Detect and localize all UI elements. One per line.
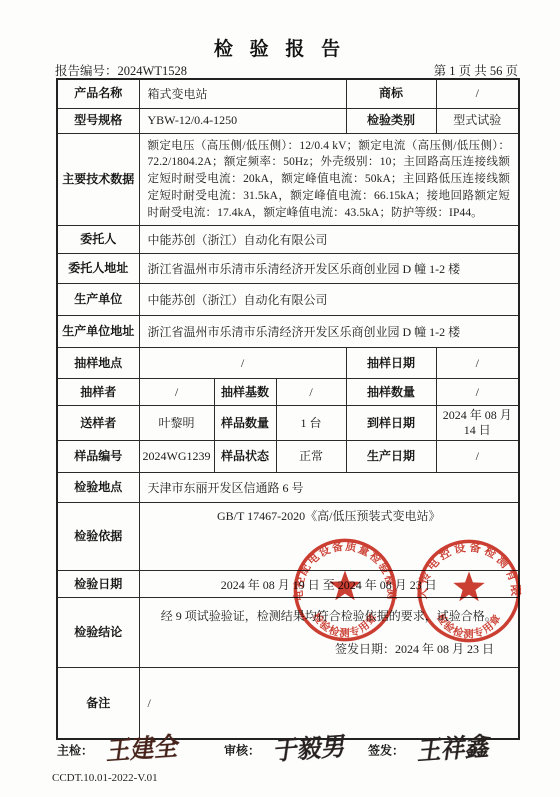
table-row: 抽样者 / 抽样基数 / 抽样数量 / — [57, 379, 519, 406]
test-date-label: 检验日期 — [57, 571, 139, 598]
sampling-date-value: / — [436, 348, 519, 379]
test-category-value: 型式试验 — [436, 108, 519, 133]
sample-qty-value: 1 台 — [276, 406, 346, 441]
manufacturer-address-label: 生产单位地址 — [57, 316, 139, 348]
trademark-label: 商标 — [346, 79, 436, 108]
report-number-label: 报告编号： — [55, 64, 118, 78]
table-row: 型号规格 YBW-12/0.4-1250 检验类别 型式试验 — [57, 108, 519, 133]
manufacturer-value: 中能苏创（浙江）自动化有限公司 — [139, 284, 519, 316]
page-indicator: 第 1 页 共 56 页 — [434, 61, 518, 79]
arrival-date-label: 到样日期 — [346, 406, 436, 441]
production-date-value: / — [436, 441, 519, 473]
sampling-qty-value: / — [436, 379, 519, 406]
chief-inspector-label: 主检： — [57, 744, 93, 758]
inspection-seal-national-center: 国家电控配电设备质量检验检测中心 检验检测专用章 — [283, 528, 407, 652]
sample-qty-label: 样品数量 — [214, 406, 276, 441]
table-row: 抽样地点 / 抽样日期 / — [57, 348, 519, 379]
svg-text:检验检测专用章: 检验检测专用章 — [310, 610, 380, 639]
table-row: 送样者 叶黎明 样品数量 1 台 到样日期 2024 年 08 月 14 日 — [57, 406, 519, 441]
document-code: CCDT.10.01-2022-V.01 — [52, 772, 158, 784]
reviewer-signature: 于毅男 — [273, 737, 348, 763]
table-row: 样品编号 2024WG1239 样品状态 正常 生产日期 / — [57, 441, 519, 473]
sample-state-value: 正常 — [276, 441, 346, 473]
product-name-label: 产品名称 — [57, 79, 139, 108]
arrival-date-value: 2024 年 08 月 14 日 — [436, 406, 519, 441]
sampler-value: / — [139, 379, 214, 406]
sample-state-label: 样品状态 — [214, 441, 276, 473]
manufacturer-label: 生产单位 — [57, 284, 139, 316]
sampling-base-label: 抽样基数 — [214, 379, 276, 406]
table-row: 检验地点 天津市东丽开发区信通路 6 号 — [57, 473, 519, 503]
issuer-signature: 王祥鑫 — [417, 737, 492, 763]
svg-text:检验检测专用章: 检验检测专用章 — [434, 611, 504, 640]
production-date-label: 生产日期 — [346, 441, 436, 473]
table-row: 生产单位 中能苏创（浙江）自动化有限公司 — [57, 284, 519, 316]
table-row: 生产单位地址 浙江省温州市乐清市乐清经济开发区乐商创业园 D 幢 1-2 楼 — [57, 316, 519, 348]
sender-value: 叶黎明 — [139, 406, 214, 441]
client-address-value: 浙江省温州市乐清市乐清经济开发区乐商创业园 D 幢 1-2 楼 — [139, 254, 519, 284]
table-row: 备注 / — [57, 668, 519, 739]
sampling-place-value: / — [139, 348, 346, 379]
sampling-base-value: / — [276, 379, 346, 406]
report-meta: 报告编号：2024WT1528 第 1 页 共 56 页 — [55, 61, 518, 79]
seal-star-icon — [329, 570, 360, 600]
test-place-label: 检验地点 — [57, 473, 139, 503]
reviewer-label: 审核： — [224, 744, 260, 758]
report-page: 检 验 报 告 报告编号：2024WT1528 第 1 页 共 56 页 产品名… — [0, 0, 560, 797]
tech-data-label: 主要技术数据 — [57, 133, 139, 226]
model-value: YBW-12/0.4-1250 — [139, 108, 346, 133]
table-row: 产品名称 箱式变电站 商标 / — [57, 79, 519, 108]
page-title: 检 验 报 告 — [0, 34, 560, 61]
table-row: 委托人 中能苏创（浙江）自动化有限公司 — [57, 226, 519, 254]
seal-star-icon — [453, 571, 484, 601]
report-number: 2024WT1528 — [118, 64, 187, 78]
test-place-value: 天津市东丽开发区信通路 6 号 — [139, 473, 519, 503]
tech-data-value: 额定电压（高压侧/低压侧）：12/0.4 kV；额定电流（高压侧/低压侧）：72… — [139, 133, 519, 226]
sample-no-label: 样品编号 — [57, 441, 139, 473]
issuer-label: 签发： — [368, 744, 404, 758]
chief-inspector-signature: 王建全 — [106, 737, 181, 763]
product-name-value: 箱式变电站 — [139, 79, 346, 108]
signature-row: 主检：王建全 审核：于毅男 签发：王祥鑫 — [0, 730, 560, 776]
sampler-label: 抽样者 — [57, 379, 139, 406]
test-category-label: 检验类别 — [346, 108, 436, 133]
sampling-place-label: 抽样地点 — [57, 348, 139, 379]
seal-subtitle-text: 检验检测专用章 — [310, 610, 380, 639]
inspection-seal-company: 天津天传电控设备检测有限公司 检验检测专用章 — [407, 529, 531, 653]
test-basis-label: 检验依据 — [57, 503, 139, 571]
trademark-value: / — [436, 79, 519, 108]
table-row: 委托人地址 浙江省温州市乐清市乐清经济开发区乐商创业园 D 幢 1-2 楼 — [57, 254, 519, 284]
remark-value: / — [139, 668, 519, 739]
seal-subtitle-text: 检验检测专用章 — [434, 611, 504, 640]
sender-label: 送样者 — [57, 406, 139, 441]
table-row: 主要技术数据 额定电压（高压侧/低压侧）：12/0.4 kV；额定电流（高压侧/… — [57, 133, 519, 226]
conclusion-label: 检验结论 — [57, 598, 139, 668]
remark-label: 备注 — [57, 668, 139, 739]
client-address-label: 委托人地址 — [57, 254, 139, 284]
manufacturer-address-value: 浙江省温州市乐清市乐清经济开发区乐商创业园 D 幢 1-2 楼 — [139, 316, 519, 348]
sample-no-value: 2024WG1239 — [139, 441, 214, 473]
client-value: 中能苏创（浙江）自动化有限公司 — [139, 226, 519, 254]
client-label: 委托人 — [57, 226, 139, 254]
sampling-qty-label: 抽样数量 — [346, 379, 436, 406]
sampling-date-label: 抽样日期 — [346, 348, 436, 379]
model-label: 型号规格 — [57, 108, 139, 133]
